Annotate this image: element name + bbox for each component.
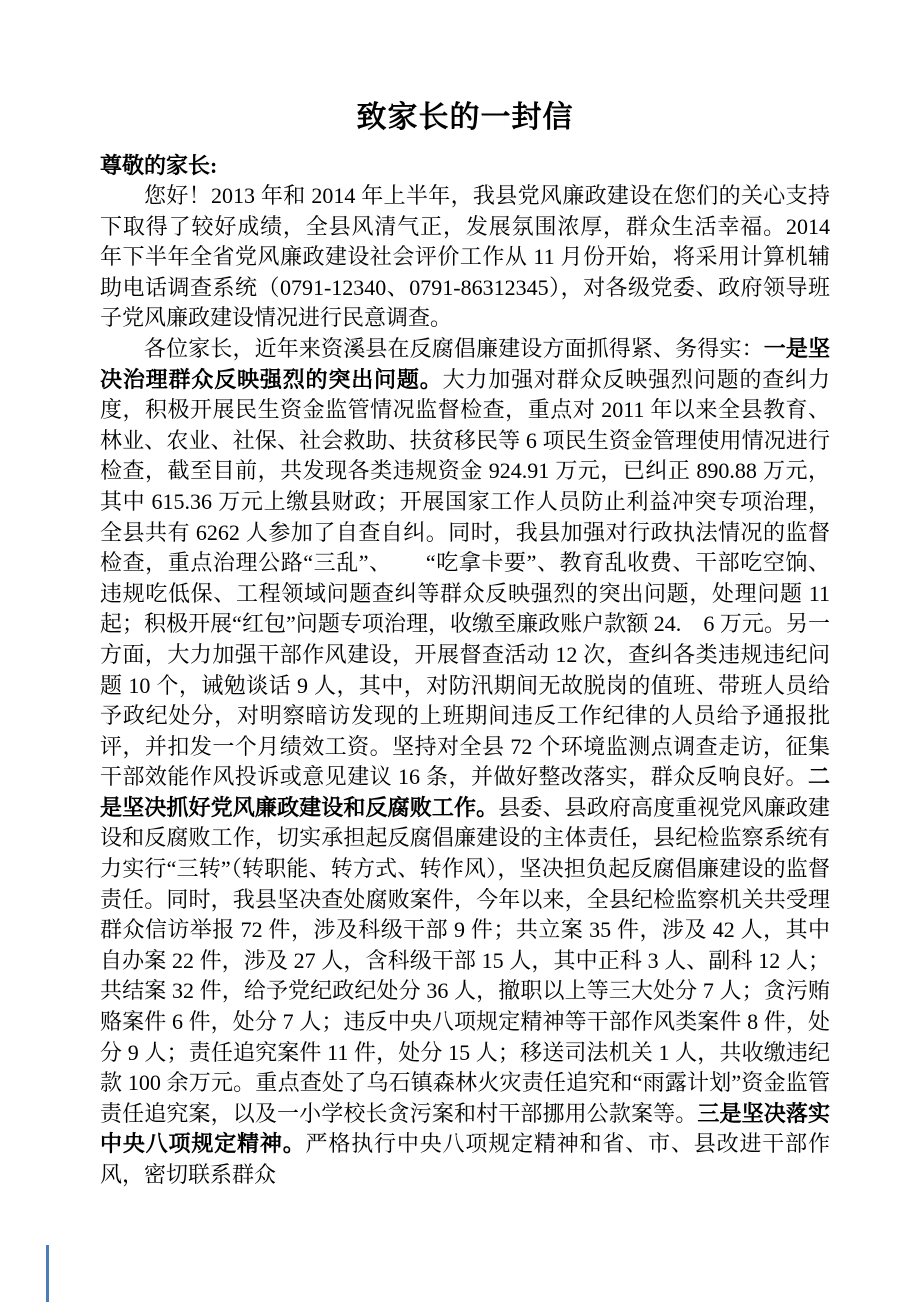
document-content: 致家长的一封信 尊敬的家长: 您好！2013 年和 2014 年上半年，我县党风… bbox=[100, 0, 830, 1191]
paragraph-intro: 您好！2013 年和 2014 年上半年，我县党风廉政建设在您们的关心支持下取得… bbox=[100, 181, 830, 334]
document-title: 致家长的一封信 bbox=[100, 96, 830, 140]
text-run: 县委、县政府高度重视党风廉政建设和反腐败工作，切实承担起反腐倡廉建设的主体责任，… bbox=[100, 795, 830, 1126]
text-run: 各位家长，近年来资溪县在反腐倡廉建设方面抓得紧、务得实： bbox=[144, 336, 764, 361]
salutation: 尊敬的家长: bbox=[100, 150, 830, 181]
document-page[interactable]: 致家长的一封信 尊敬的家长: 您好！2013 年和 2014 年上半年，我县党风… bbox=[0, 0, 920, 1302]
text-run: 大力加强对群众反映强烈问题的查纠力度，积极开展民生资金监管情况监督检查，重点对 … bbox=[100, 367, 830, 790]
text-run: 您好！2013 年和 2014 年上半年，我县党风廉政建设在您们的关心支持下取得… bbox=[100, 183, 830, 330]
text-cursor bbox=[46, 1245, 49, 1302]
paragraph-body: 各位家长，近年来资溪县在反腐倡廉建设方面抓得紧、务得实：一是坚决治理群众反映强烈… bbox=[100, 334, 830, 1191]
